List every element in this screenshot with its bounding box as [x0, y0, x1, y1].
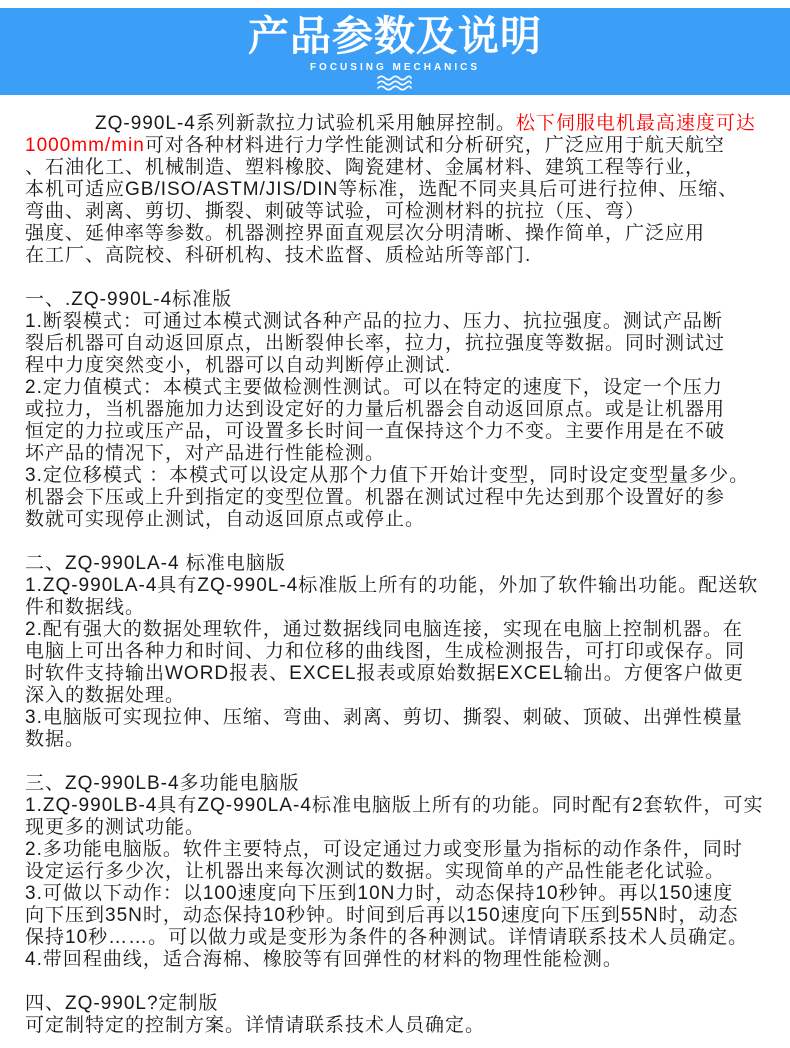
intro-black-text: 可对各种材料进行力学性能测试和分析研究，广泛应用于航天航空	[145, 135, 725, 156]
text-line: 强度、延伸率等参数。机器测控界面直观层次分明清晰、操作简单，广泛应用	[25, 223, 767, 245]
text-line: 恒定的力拉或压产品，可设置多长时间一直保持这个力不变。主要作用是在不破	[25, 421, 767, 443]
page-title: 产品参数及说明	[0, 8, 790, 58]
section-standard-computer-version: 二、ZQ-990LA-4 标准电脑版 1.ZQ-990LA-4具有ZQ-990L…	[25, 553, 767, 751]
text-line: 裂后机器可自动返回原点，出断裂伸长率，拉力，抗拉强度等数据。同时测试过	[25, 333, 767, 355]
text-line: 或拉力，当机器施加力达到设定好的力量后机器会自动返回原点。或是让机器用	[25, 399, 767, 421]
section-custom-version: 四、ZQ-990L?定制版 可定制特定的控制方案。详情请联系技术人员确定。	[25, 993, 767, 1037]
text-line: 弯曲、剥离、剪切、撕裂、刺破等试验，可检测材料的抗拉（压、弯）	[25, 201, 767, 223]
text-line: 1.断裂模式：可通过本模式测试各种产品的拉力、压力、抗拉强度。测试产品断	[25, 311, 767, 333]
text-line: 2.定力值模式：本模式主要做检测性测试。可以在特定的速度下，设定一个压力	[25, 377, 767, 399]
section-multifunction-computer-version: 三、ZQ-990LB-4多功能电脑版 1.ZQ-990LB-4具有ZQ-990L…	[25, 773, 767, 971]
text-line: 1.ZQ-990LA-4具有ZQ-990L-4标准版上所有的功能，外加了软件输出…	[25, 575, 767, 597]
intro-paragraph: ZQ-990L-4系列新款拉力试验机采用触屏控制。松下伺服电机最高速度可达 10…	[25, 113, 767, 267]
text-line: 向下压到35N时，动态保持10秒钟。时间到后再以150速度向下压到55N时，动态	[25, 905, 767, 927]
text-line: 保持10秒……。可以做力或是变形为条件的各种测试。详情请联系技术人员确定。	[25, 927, 767, 949]
text-line: 时软件支持输出WORD报表、EXCEL报表或原始数据EXCEL输出。方便客户做更	[25, 663, 767, 685]
text-line: 可定制特定的控制方案。详情请联系技术人员确定。	[25, 1015, 767, 1037]
header-subtitle: FOCUSING MECHANICS	[0, 62, 790, 73]
section-heading: 一、.ZQ-990L-4标准版	[25, 289, 767, 311]
description-text: ZQ-990L-4系列新款拉力试验机采用触屏控制。松下伺服电机最高速度可达 10…	[25, 113, 767, 1037]
text-line: 2.配有强大的数据处理软件，通过数据线同电脑连接，实现在电脑上控制机器。在	[25, 619, 767, 641]
text-line: 件和数据线。	[25, 597, 767, 619]
text-line: 3.定位移模式 ：本模式可以设定从那个力值下开始计变型，同时设定变型量多少。	[25, 465, 767, 487]
text-line: 4.带回程曲线，适合海棉、橡胶等有回弹性的材料的物理性能检测。	[25, 949, 767, 971]
text-line: ZQ-990L-4系列新款拉力试验机采用触屏控制。松下伺服电机最高速度可达	[25, 113, 767, 135]
intro-black-text: ZQ-990L-4系列新款拉力试验机采用触屏控制。	[95, 113, 516, 134]
header-banner: 产品参数及说明 FOCUSING MECHANICS	[0, 8, 790, 95]
text-line: 电脑上可出各种力和时间、力和位移的曲线图，生成检测报告，可打印或保存。同	[25, 641, 767, 663]
text-line: 1000mm/min可对各种材料进行力学性能测试和分析研究，广泛应用于航天航空	[25, 135, 767, 157]
text-line: 2.多功能电脑版。软件主要特点，可设定通过力或变形量为指标的动作条件，同时	[25, 839, 767, 861]
text-line: 3.电脑版可实现拉伸、压缩、弯曲、剥离、剪切、撕裂、刺破、顶破、出弹性模量	[25, 707, 767, 729]
text-line: 本机可适应GB/ISO/ASTM/JIS/DIN等标准，选配不同夹具后可进行拉伸…	[25, 179, 767, 201]
intro-red-highlight: 松下伺服电机最高速度可达	[516, 113, 756, 134]
text-line: 机器会下压或上升到指定的变型位置。机器在测试过程中先达到那个设置好的参	[25, 487, 767, 509]
section-heading: 四、ZQ-990L?定制版	[25, 993, 767, 1015]
text-line: 数就可实现停止测试，自动返回原点或停止。	[25, 509, 767, 531]
text-line: 现更多的测试功能。	[25, 817, 767, 839]
section-heading: 三、ZQ-990LB-4多功能电脑版	[25, 773, 767, 795]
intro-red-highlight: 1000mm/min	[25, 135, 145, 156]
text-line: 数据。	[25, 729, 767, 751]
product-description-page: 产品参数及说明 FOCUSING MECHANICS ZQ-990L-4系列新款…	[0, 0, 790, 1048]
text-line: 坏产品的情况下，对产品进行性能检测。	[25, 443, 767, 465]
text-line: 程中力度突然变小，机器可以自动判断停止测试.	[25, 355, 767, 377]
text-line: 、石油化工、机械制造、塑料橡胶、陶瓷建材、金属材料、建筑工程等行业，	[25, 157, 767, 179]
text-line: 3.可做以下动作：以100速度向下压到10N力时，动态保持10秒钟。再以150速…	[25, 883, 767, 905]
section-standard-version: 一、.ZQ-990L-4标准版 1.断裂模式：可通过本模式测试各种产品的拉力、压…	[25, 289, 767, 531]
triple-wave-icon	[0, 75, 790, 93]
section-heading: 二、ZQ-990LA-4 标准电脑版	[25, 553, 767, 575]
text-line: 在工厂、高院校、科研机构、技术监督、质检站所等部门.	[25, 245, 767, 267]
text-line: 设定运行多少次，让机器出来每次测试的数据。实现简单的产品性能老化试验。	[25, 861, 767, 883]
text-line: 深入的数据处理。	[25, 685, 767, 707]
text-line: 1.ZQ-990LB-4具有ZQ-990LA-4标准电脑版上所有的功能。同时配有…	[25, 795, 767, 817]
